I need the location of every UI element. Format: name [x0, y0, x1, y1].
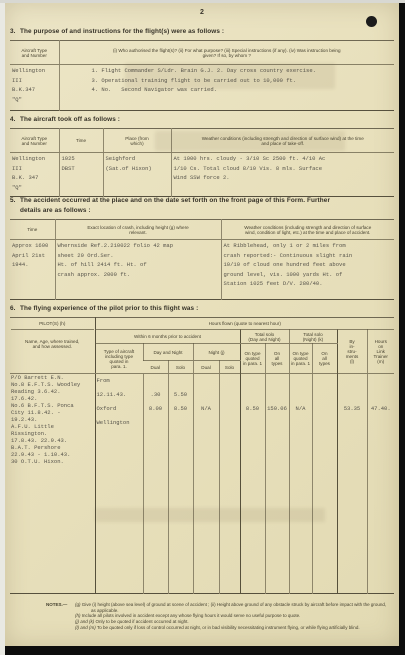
section-5-heading: 5. The accident occurred at the place an… [10, 196, 394, 216]
note-text: To be quoted only if loss of control occ… [97, 625, 360, 630]
col-header-link-trainer: Hours on Link Trainer (m) [367, 330, 394, 374]
total-solo-on-type-value: 8.50 [240, 374, 265, 594]
col-header-night-dual: Dual [193, 361, 219, 374]
pilot-name-header: Name, Age, where trained, and how assess… [11, 330, 94, 349]
note-g: (g) Give (i) height (above sea level) of… [75, 602, 391, 613]
section-3-purpose: 3. The purpose of and instructions for t… [10, 27, 394, 111]
section-heading-text: The accident occurred at the place and o… [20, 196, 330, 216]
section-number: 4. [10, 115, 20, 125]
note-text: Give (i) height (above sea level) of gro… [82, 602, 386, 613]
col-header-flight-details: (i) Who authorised the flight(s)? (ii) F… [59, 41, 394, 65]
col-header-day-solo: Solo [168, 361, 193, 374]
note-l-m: (l) and (m) To be quoted only if loss of… [75, 625, 391, 631]
flight-instructions-value: 1. Flight Commander S/Ldr. Brain G.J. 2.… [59, 65, 394, 111]
aircraft-type-flown-value: From 12.11.43. Oxford Wellington [95, 374, 143, 594]
aircraft-type-value: Wellington III B.K. 347 "Q" [10, 153, 59, 197]
section-heading-text: The aircraft took off as follows : [20, 115, 120, 125]
day-solo-hours-value: 5.50 8.50 [168, 374, 193, 594]
paper: 2 3. The purpose of and instructions for… [5, 3, 399, 646]
col-header-total-solo-night: Total solo (Night) (k) [289, 330, 337, 344]
col-header-total-solo-day-night: Total solo (Day and Night) [240, 330, 289, 344]
col-header-on-all-types-day-night: On all types [265, 344, 289, 374]
aircraft-type-value: Wellington III B.K.347 "Q" [10, 65, 59, 111]
section-number: 3. [10, 27, 20, 37]
pilot-name-training-value: P/O Barrett E.N. No.8 E.F.T.S. Woodley R… [10, 374, 95, 594]
total-solo-night-all-types-value [312, 374, 337, 594]
note-tag: (j) and (k) [75, 619, 94, 624]
col-header-hours-flown: Hours flown (quote to nearest hour) [95, 318, 394, 330]
col-header-aircraft-type: Aircraft Type and Number [10, 129, 59, 153]
col-header-on-type-day-night: On type quoted in para. 1 [240, 344, 265, 374]
col-header-aircraft-type: Aircraft Type and Number [10, 41, 59, 65]
section-heading-text: The purpose of and instructions for the … [20, 27, 224, 37]
link-trainer-hours-value: 47.40. [367, 374, 394, 594]
accident-weather-value: At Ribblehead, only 1 or 2 miles from cr… [221, 240, 394, 300]
col-header-night-solo: Solo [219, 361, 240, 374]
takeoff-table: Aircraft Type and Number Time Place (fro… [10, 128, 394, 197]
pilots-label: PILOT(S) (h) [11, 318, 94, 330]
takeoff-time-value: 1025 DBST [59, 153, 103, 197]
footnotes: NOTES.— (g) Give (i) height (above sea l… [75, 602, 391, 631]
page-number: 2 [5, 9, 399, 16]
note-tag: (h) [75, 613, 81, 618]
col-header-within-6-months: Within 6 months prior to accident [95, 330, 240, 344]
takeoff-place-value: Seighford (Sat.of Hixon) [103, 153, 171, 197]
col-header-time: Time [10, 220, 55, 240]
instrument-hours-value: 53.35 [337, 374, 367, 594]
col-header-time: Time [59, 129, 103, 153]
col-header-by-instruments: By in- stru- ments (l) [337, 330, 367, 374]
col-header-night: Night (j) [193, 344, 240, 361]
purpose-table: Aircraft Type and Number (i) Who authori… [10, 40, 394, 111]
note-text: Only to be quoted if accident occurred a… [96, 619, 189, 624]
section-number: 5. [10, 196, 20, 216]
total-solo-night-on-type-value: N/A [289, 374, 312, 594]
pilot-experience-row: P/O Barrett E.N. No.8 E.F.T.S. Woodley R… [10, 374, 394, 594]
note-text: Include all pilots involved in accident … [82, 613, 301, 618]
col-header-weather: Weather conditions (including strength a… [221, 220, 394, 240]
col-header-weather: Weather conditions (including strength a… [171, 129, 394, 153]
col-header-type-of-aircraft: Type of aircraft including type quoted i… [95, 344, 143, 374]
night-dual-hours-value: N/A [193, 374, 219, 594]
col-header-day-and-night: Day and Night [143, 344, 193, 361]
section-6-heading: 6. The flying experience of the pilot pr… [10, 304, 394, 314]
takeoff-weather-value: At 1000 hrs. cloudy - 3/10 Sc 2500 ft. 4… [171, 153, 394, 197]
col-header-pilots: PILOT(S) (h) Name, Age, where trained, a… [10, 318, 95, 374]
notes-label: NOTES.— [46, 602, 67, 608]
night-solo-hours-value [219, 374, 240, 594]
flying-experience-table: PILOT(S) (h) Name, Age, where trained, a… [10, 317, 394, 594]
punch-hole-mark [366, 16, 377, 27]
total-solo-all-types-value: 150.06 [265, 374, 289, 594]
note-tag: (l) and (m) [75, 625, 96, 630]
section-6-experience: 6. The flying experience of the pilot pr… [10, 304, 394, 594]
section-heading-text: The flying experience of the pilot prior… [20, 304, 198, 314]
section-4-takeoff: 4. The aircraft took off as follows : Ai… [10, 115, 394, 197]
accident-table: Time Exact location of crash, including … [10, 219, 394, 300]
note-tag: (g) [75, 602, 81, 607]
col-header-place: Place (from which) [103, 129, 171, 153]
col-header-location: Exact location of crash, including heigh… [55, 220, 221, 240]
section-3-heading: 3. The purpose of and instructions for t… [10, 27, 394, 37]
day-dual-hours-value: .30 8.00 [143, 374, 168, 594]
col-header-day-dual: Dual [143, 361, 168, 374]
col-header-on-type-night: On type quoted in para. 1 [289, 344, 312, 374]
section-number: 6. [10, 304, 20, 314]
accident-time-value: Approx 1600 April 21st 1944. [10, 240, 55, 300]
scanned-accident-report-page: 2 3. The purpose of and instructions for… [0, 0, 405, 655]
col-header-on-all-types-night: On all types [312, 344, 337, 374]
crash-location-value: Whernside Ref.2.210022 folio 42 map shee… [55, 240, 221, 300]
section-5-accident: 5. The accident occurred at the place an… [10, 196, 394, 300]
section-4-heading: 4. The aircraft took off as follows : [10, 115, 394, 125]
